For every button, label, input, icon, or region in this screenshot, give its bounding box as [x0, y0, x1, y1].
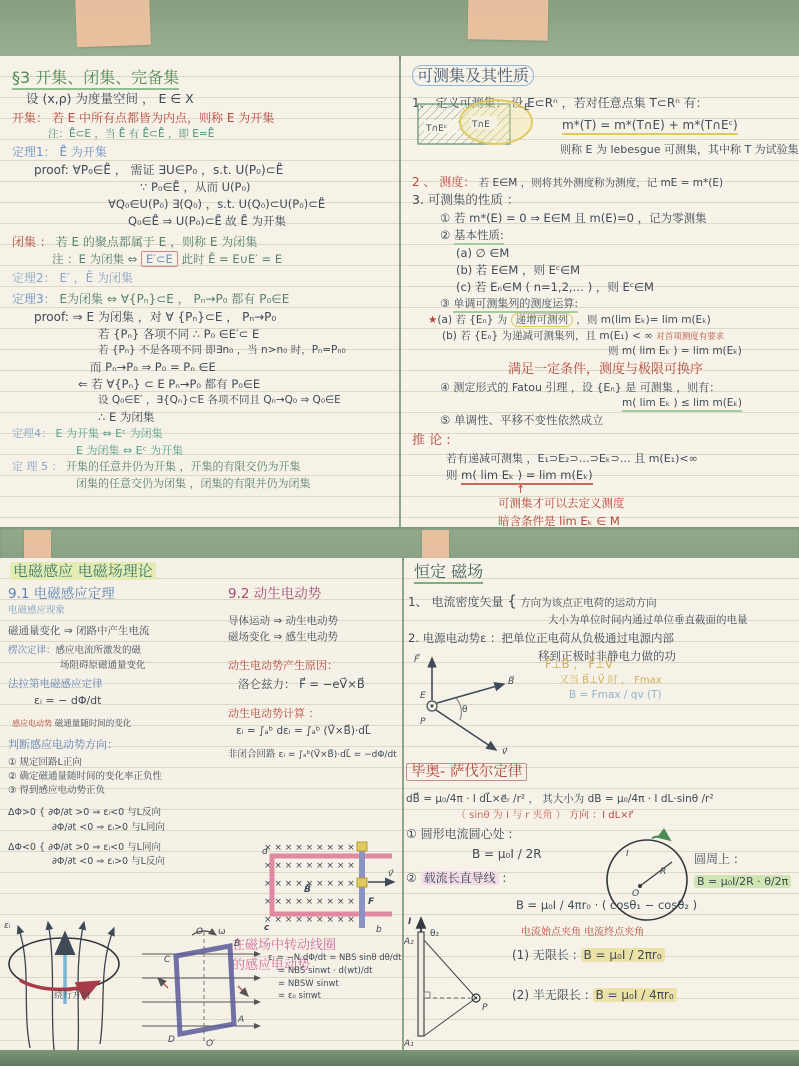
note-line: ① 规定回路L正向 [8, 756, 226, 770]
note-text: 感应电动势 [12, 719, 52, 728]
note-text: ★ [428, 314, 437, 326]
note-line: (2) 半无限长 : B = μ₀I / 4πr₀ [512, 986, 796, 1004]
note-text: E 为开集 ⇔ Eᶜ 为闭集 [52, 427, 163, 440]
note-line: 若 {Pₙ} 不是各项不同 即∃n₀ ，当 n>n₀ 时，Pₙ=Pₙ₀ [98, 343, 396, 359]
note-line: 导体运动 ⇒ 动生电动势 [228, 614, 402, 630]
note-line: 电磁感应 电磁场理论 [10, 560, 390, 583]
note-line: dB⃗ = μ₀/4π · I dL⃗×e⃗ᵣ /r² ， 其大小为 dB = … [406, 792, 796, 808]
note-text: B = μ₀I / 4πr₀ [593, 988, 677, 1002]
note-line: 可测集才可以去定义测度 [498, 495, 796, 512]
note-text: 动生电动势计算 ： [228, 707, 320, 720]
rotating-coil-diagram: ω O O′ C B A D [138, 926, 268, 1048]
em-title: 电磁感应 电磁场理论 [10, 560, 390, 583]
note-text: ΔΦ>0 { ∂Φ/∂t >0 ⇒ εᵢ<0 与L反向 [8, 807, 161, 818]
washi-tape [468, 0, 549, 41]
note-text: §3 开集、闭集、完备集 [12, 68, 179, 90]
note-line: ∀Q₀∈U(P₀) ∃(Q₀) ，s.t. U(Q₀)⊂U(P₀)⊂E̊ [108, 196, 396, 213]
note-line: ∵ P₀∈E̊ ，从而 U(P₀) [140, 179, 396, 196]
note-text: ① 若 m*(E) = 0 ⇒ E∈M 且 m(E)=0 ，记为零测集 [440, 211, 707, 225]
note-text: 电流始点夹角 [521, 927, 581, 938]
coil-emf-equations: εᵢ = −N dΦ/dt = NBS sinθ dθ/dt= NBS sinw… [268, 952, 400, 1003]
note-text: 磁通量变化 ⇒ 闭路中产生电流 [8, 625, 149, 637]
note-line: 则 m( lim Eₖ ) = lim m(Eₖ) [446, 467, 796, 484]
note-text: 方向 ：I dL×r⃗ [566, 810, 633, 821]
note-text: 可测集及其性质 [412, 65, 534, 86]
note-text: 楞次定律： [8, 645, 56, 656]
note-line: 闭集的任意交仍为闭集 ，闭集的有限并仍为闭集 [76, 476, 396, 493]
note-line: 定 理 5 ： 开集的任意并仍为开集 ，开集的有限交仍为开集 [12, 459, 396, 476]
note-text: (b) 若 E∈M ，则 Eᶜ∈M [456, 263, 580, 277]
theta-label: θ [462, 705, 468, 715]
note-text: m( lim Eₖ ) = lim m(Eₖ) [461, 468, 592, 485]
note-text: 对首项测度有要求 [656, 332, 724, 342]
note-line: proof: ∀P₀∈E̊ ， 需证 ∃U∈P₀ ，s.t. U(P₀)⊂E̊ [34, 161, 396, 179]
v-vector-label: v⃗ [502, 747, 508, 757]
note-text: 定理4： [12, 427, 52, 440]
note-line: ★(a) 若 {Eₙ} 为 递增可测列 ，则 m(lim Eₖ)= lim m(… [428, 313, 796, 329]
note-line: ⇐ 若 ∀{Pₙ} ⊂ E Pₙ→P₀ 都有 P₀∈E [78, 376, 396, 393]
note-line: 又当 B⃗⊥V⃗ 时 ， Fmax [559, 673, 795, 688]
note-text: 若 {Pₙ} 不是各项不同 即∃n₀ ，当 n>n₀ 时，Pₙ=Pₙ₀ [98, 344, 346, 356]
note-line: ∂Φ/∂t <0 ⇒ εᵢ>0 与L反向 [52, 855, 226, 869]
note-line: m*(T) = m*(T∩E) + m*(T∩Eᶜ) [562, 116, 796, 134]
b-vector-label: B⃗ [508, 675, 514, 687]
note-line: proof: ⇒ E 为闭集 ，对 ∀ {Pₙ}⊂E ， Pₙ→P₀ [34, 308, 396, 326]
note-text: 定理3： [12, 292, 56, 306]
note-text: E为闭集 ⇔ ∀{Pₙ}⊂E ， Pₙ→P₀ 都有 P₀∈E [56, 292, 290, 306]
notes-quadrant-measure-theory: 可测集及其性质1、 定义可测集： 设 E⊂Rⁿ ，若对任意点集 T⊂Rⁿ 有：m… [401, 56, 799, 527]
note-line: ② 基本性质: [440, 227, 796, 244]
coil-corner-d: D [168, 1035, 175, 1045]
note-text: ∴ E 为闭集 [98, 410, 154, 424]
center-o-label: O [632, 889, 639, 899]
note-text: B = μ₀I / 2R [472, 847, 542, 861]
note-text: 则 m( lim Eₖ ) = lim m(Eₖ) [608, 345, 742, 357]
note-text: 磁通量随时间的变化 [52, 719, 131, 729]
note-text: 则称 E 为 lebesgue 可测集，其中称 T 为试验集 [560, 143, 799, 156]
note-line: 毕奥- 萨伐尔定律 [406, 762, 796, 784]
bottom-green-band [0, 1050, 799, 1066]
note-line: Q₀∈E̊ ⇒ U(P₀)⊂E̊ 故 E̊ 为开集 [128, 213, 396, 230]
note-text: ⑤ 单调性、平移不变性依然成立 [440, 413, 603, 427]
note-line: E 为闭集 ⇔ Eᶜ 为开集 [76, 443, 396, 460]
note-text: B = μ₀I / 2πr₀ [581, 948, 665, 962]
note-line: （ sinθ 为 I 与 r 夹角 ） 方向 ：I dL×r⃗ [456, 808, 796, 823]
wire-limit-cases: (1) 无限长 : B = μ₀I / 2πr₀(2) 半无限长 : B = μ… [512, 946, 796, 1004]
note-line: 若有递减可测集 ，E₁⊃E₂⊃…⊃Eₖ⊃… 且 m(E₁)<∞ [446, 451, 796, 468]
note-text: 9.1 电磁感应定理 [8, 586, 115, 602]
note-text: : [499, 871, 507, 885]
note-text: 感应电流所激发的磁 [56, 645, 142, 656]
velocity-label: v⃗ [388, 869, 394, 879]
svg-text:× × × × × × × × ×: × × × × × × × × × [264, 897, 355, 907]
note-text: B = Fmax / qv (T) [569, 689, 662, 701]
note-line: 而 Pₙ→P₀ ⇒ P₀ = Pₙ ∈E [90, 359, 396, 376]
note-text: 闭集的任意交仍为闭集 ，闭集的有限并仍为闭集 [76, 477, 311, 490]
note-line: εᵢ = ∫ₐᵇ dεᵢ = ∫ₐᵇ (V⃗×B⃗)·dL⃗ [236, 724, 402, 740]
note-line: B = Fmax / qv (T) [569, 688, 795, 704]
note-text: (a) 若 {Eₙ} 为 [437, 314, 510, 326]
note-line: 动生电动势计算 ： [228, 706, 402, 723]
note-text: 闭集 ： [12, 235, 52, 249]
note-text: 注 ：E 为闭集 ⇔ [52, 252, 141, 266]
note-line: 磁通量变化 ⇒ 闭路中产生电流 [8, 624, 226, 640]
note-line: 3. 可测集的性质 ： [412, 191, 796, 210]
axis-top-label: O [196, 927, 203, 937]
note-line: εᵢ = − dΦ/dt [34, 693, 226, 710]
note-text: proof: ⇒ E 为闭集 ，对 ∀ {Pₙ}⊂E ， Pₙ→P₀ [34, 310, 276, 324]
note-text: 可测集才可以去定义测度 [498, 496, 625, 510]
note-line: 判断感应电动势方向： [8, 737, 226, 754]
em-right-column: 9.2 动生电动势导体运动 ⇒ 动生电动势磁场变化 ⇒ 感生电动势动生电动势产生… [228, 584, 402, 762]
note-line: 若 {Pₙ} 各项不同 ∴ P₀ ∈E′⊂ E [98, 326, 396, 343]
note-line: (b) 若 {Eₙ} 为递减可测集列，且 m(E₁) < ∞ 对首项测度有要求 [442, 329, 796, 345]
note-text: 开集的任意并仍为开集 ，开集的有限交仍为开集 [63, 460, 301, 473]
note-text: = ε₀ sinwt [278, 991, 321, 1001]
circular-current-diagram: I O R [600, 832, 694, 926]
svg-text:× × × × × × × × ×: × × × × × × × × × [264, 861, 355, 871]
note-text: m*(T) = m*(T∩E) + m*(T∩Eᶜ) [562, 118, 738, 135]
note-text: 圆周上 : [694, 852, 738, 866]
note-text: ∀Q₀∈U(P₀) ∃(Q₀) ，s.t. U(Q₀)⊂U(P₀)⊂E̊ [108, 197, 325, 211]
notes-quadrant-magnetic-field: 恒定 磁场1、 电流密度矢量 { 方向为该点正电荷的运动方向大小为单位时间内通过… [404, 558, 799, 1050]
note-text: 若 {Pₙ} 各项不同 ∴ P₀ ∈E′⊂ E [98, 327, 259, 341]
note-text: (1) 无限长 : [512, 948, 581, 962]
axis-bottom-label: O′ [206, 1039, 215, 1049]
coil-corner-c: C [164, 955, 171, 965]
note-text: m( lim Eₖ ) ≤ lim m(Eₖ) [622, 397, 742, 412]
lorentz-force-notes: F⃗⊥B⃗ ， F⃗⊥V⃗又当 B⃗⊥V⃗ 时 ， FmaxB = Fmax /… [545, 656, 795, 704]
note-text: dB⃗ = μ₀/4π · I dL⃗×e⃗ᵣ /r² ， 其大小为 dB = … [406, 793, 714, 805]
note-text: 暗含条件是 lim Eₖ ∈ M [498, 514, 620, 528]
note-text: 方向为该点正电荷的运动方向 [517, 597, 657, 609]
note-line: ④ 测定形式的 Fatou 引理 ，设 {Eₙ} 是 可测集 ，则有： [440, 380, 796, 397]
straight-wire-diagram: I A₂ θ₂ A₁ P [404, 914, 506, 1048]
note-text: E 为闭集 ⇔ Eᶜ 为开集 [76, 444, 183, 457]
note-text: εᵢ = ∫ₐᵇ(V⃗×B⃗)·dL⃗ = −dΦ/dt [279, 750, 397, 760]
note-text: 洛仑兹力： F⃗ = −eV⃗×B⃗ [238, 677, 365, 691]
note-line: §3 开集、闭集、完备集 [12, 66, 396, 90]
note-line: = NBS sinwt · d(wt)/dt [278, 965, 400, 978]
region-label-t-int-e: T∩E [471, 120, 490, 130]
lorentz-vectors-diagram: F⃗ B⃗ v⃗ P θ E [408, 646, 523, 758]
note-text: 1、 电流密度矢量 [408, 595, 507, 609]
note-text: 定理1： E̊ 为开集 [12, 145, 107, 159]
note-text: ∂Φ/∂t <0 ⇒ εᵢ>0 与L同向 [52, 822, 165, 833]
topology-notes-text: §3 开集、闭集、完备集设 (x,ρ) 为度量空间 ， E ∈ X开集： 若 E… [12, 64, 396, 492]
note-line: 场阻碍原磁通量变化 [60, 659, 226, 673]
note-text: (a) ∅ ∈M [456, 246, 509, 260]
note-text: 基本性质: [454, 228, 504, 245]
note-line: 推 论 : [412, 431, 796, 451]
note-line: (b) 若 E∈M ，则 Eᶜ∈M [456, 262, 796, 279]
current-label: I [626, 849, 629, 859]
note-line: 圆周上 : [694, 850, 796, 868]
note-line: 9.1 电磁感应定理 [8, 584, 226, 604]
note-line: εᵢ = −N dΦ/dt = NBS sinθ dθ/dt [268, 952, 400, 965]
note-line: 开集： 若 E 中所有点都皆为内点，则称 E 为开集 [12, 109, 396, 127]
note-text: ，则 m(lim Eₖ)= lim m(Eₖ) [573, 314, 711, 326]
note-line: 定理1： E̊ 为开集 [12, 143, 396, 161]
note-line: 9.2 动生电动势 [228, 584, 402, 604]
note-text: 若 E 的聚点都属于 E ，则称 E 为闭集 [52, 235, 257, 249]
note-text: ④ 测定形式的 Fatou 引理 ，设 {Eₙ} 是 可测集 ，则有： [440, 381, 720, 394]
wire-current-label: I [408, 917, 412, 927]
corner-label-b: b [376, 925, 382, 935]
note-line: 磁场变化 ⇒ 感生电动势 [228, 630, 402, 646]
note-text: 3. 可测集的性质 ： [412, 192, 519, 207]
note-text: 9.2 动生电动势 [228, 586, 321, 602]
note-line: 定理2： E′ ，Ē 为闭集 [12, 269, 396, 287]
note-line: 2. 电源电动势ε ：把单位正电荷从负极通过电源内部 [408, 630, 796, 647]
note-line: (1) 无限长 : B = μ₀I / 2πr₀ [512, 946, 796, 964]
note-text: εᵢ = − dΦ/dt [34, 694, 101, 707]
middle-green-band [0, 527, 799, 558]
circumference-field-text: 圆周上 :B = μ₀I/2R · θ/2π [694, 850, 796, 891]
note-line: 1、 电流密度矢量 { 方向为该点正电荷的运动方向 [408, 590, 796, 613]
note-line: 设 Q₀∈E′ ，∃{Qₙ}⊂E 各项不同且 Qₙ→Q₀ ⇒ Q₀∈E [98, 393, 396, 409]
note-text: 非闭合回路 [228, 749, 279, 760]
note-text: 电磁感应 电磁场理论 [10, 562, 156, 580]
note-text: 电磁感应现象 [8, 605, 65, 616]
note-text: ① 圆形电流圆心处 : [406, 827, 512, 841]
note-line: 暗含条件是 lim Eₖ ∈ M [498, 513, 796, 528]
point-p-label: P [420, 717, 426, 727]
charge-e-label: E [420, 691, 426, 701]
note-line: (a) ∅ ∈M [456, 245, 796, 262]
washi-tape [75, 0, 151, 47]
note-line: 设 (x,ρ) 为度量空间 ， E ∈ X [26, 90, 396, 109]
note-line: 可测集及其性质 [412, 64, 796, 88]
coil-corner-a: A [237, 1015, 244, 1025]
note-line: 洛仑兹力： F⃗ = −eV⃗×B⃗ [238, 676, 402, 693]
note-text: 此时 Ē = E∪E′ = E [178, 252, 282, 266]
note-line: = NBSW sinwt [278, 978, 400, 991]
note-text: 导体运动 ⇒ 动生电动势 [228, 615, 338, 627]
note-line: 非闭合回路 εᵢ = ∫ₐᵇ(V⃗×B⃗)·dL⃗ = −dΦ/dt [228, 748, 402, 763]
note-text: 场阻碍原磁通量变化 [60, 660, 146, 671]
note-text: 则 [446, 468, 461, 482]
note-text: = NBS sinwt · d(wt)/dt [278, 966, 372, 976]
measure-set-venn-diagram: T∩Eᶜ T∩E E [416, 96, 551, 148]
note-text: 电流终点夹角 [581, 927, 644, 938]
note-line: 定理3： E为闭集 ⇔ ∀{Pₙ}⊂E ， Pₙ→P₀ 都有 P₀∈E [12, 290, 396, 308]
note-text: 设 Q₀∈E′ ，∃{Qₙ}⊂E 各项不同且 Qₙ→Q₀ ⇒ Q₀∈E [98, 394, 341, 406]
note-text: 满足一定条件，测度与极限可换序 [508, 362, 703, 377]
b-field-label: B⃗ [304, 883, 311, 895]
note-line: ① 若 m*(E) = 0 ⇒ E∈M 且 m(E)=0 ，记为零测集 [440, 210, 796, 227]
note-text: ① 规定回路L正向 [8, 757, 82, 768]
flux-loop-diagram: εᵢ 绕行方向 [2, 912, 130, 1050]
note-text: (2) 半无限长 : [512, 988, 593, 1002]
omega-label: ω [218, 927, 226, 937]
note-text: εᵢ = −N dΦ/dt = NBS sinθ dθ/dt [268, 953, 401, 963]
note-text: 判断感应电动势方向： [8, 738, 118, 751]
note-line: ② 确定磁通量随时间的变化率正负性 [8, 770, 226, 784]
note-line: 动生电动势产生原因： [228, 658, 402, 675]
point-p-label: P [482, 1003, 488, 1013]
note-text: 大小为单位时间内通过单位垂直截面的电量 [548, 614, 748, 626]
note-text: 开集： 若 E 中所有点都皆为内点，则称 E 为开集 [12, 111, 274, 125]
note-text: 推 论 : [412, 433, 451, 448]
note-text: B = μ₀I/2R · θ/2π [694, 875, 791, 888]
note-text: εᵢ = ∫ₐᵇ dεᵢ = ∫ₐᵇ (V⃗×B⃗)·dL⃗ [236, 725, 371, 737]
note-text: 单调可测集列的测度运算: [453, 297, 578, 313]
notes-photo: §3 开集、闭集、完备集设 (x,ρ) 为度量空间 ， E ∈ X开集： 若 E… [0, 0, 799, 1066]
note-text: 而 Pₙ→P₀ ⇒ P₀ = Pₙ ∈E [90, 360, 216, 374]
note-text: ③ 得到感应电动势正负 [8, 785, 105, 796]
note-line: ③ 得到感应电动势正负 [8, 784, 226, 798]
notes-quadrant-topology: §3 开集、闭集、完备集设 (x,ρ) 为度量空间 ， E ∈ X开集： 若 E… [0, 56, 399, 527]
note-line: 法拉第电磁感应定律 [8, 677, 226, 693]
note-line: 感应电动势 磁通量随时间的变化 [12, 709, 226, 733]
note-text: = NBSW sinwt [278, 979, 339, 989]
note-text: 2 、 测度： [412, 175, 475, 189]
note-line: F⃗⊥B⃗ ， F⃗⊥V⃗ [545, 656, 795, 673]
endpoint-a1-label: A₁ [404, 1039, 414, 1049]
note-text: F⃗⊥B⃗ ， F⃗⊥V⃗ [545, 657, 613, 671]
note-text: 注：E̊⊂E ，当 E̊ 有 E̊⊂E̊ ，即 E=E̊ [48, 128, 214, 140]
note-text: { [507, 592, 517, 610]
note-line: 闭集 ： 若 E 的聚点都属于 E ，则称 E 为闭集 [12, 233, 396, 251]
note-text: 动生电动势产生原因： [228, 659, 338, 672]
note-line: = ε₀ sinwt [278, 990, 400, 1003]
note-text: 定理2： E′ ，Ē 为闭集 [12, 271, 133, 285]
region-label-t-int-ec: T∩Eᶜ [425, 124, 447, 134]
winding-direction-label: 绕行方向 [54, 989, 90, 1001]
note-text: E′⊂E [141, 251, 178, 267]
note-text: 定 理 5 ： [12, 460, 63, 473]
note-line: 则 m( lim Eₖ ) = lim m(Eₖ) [608, 344, 796, 360]
svg-text:× × × × × × × × ×: × × × × × × × × × [264, 843, 355, 853]
note-text: 2. 电源电动势ε ：把单位正电荷从负极通过电源内部 [408, 631, 674, 645]
note-text: ③ [440, 297, 453, 310]
corner-label-d: d [262, 847, 268, 857]
force-vector-label: F⃗ [414, 653, 420, 665]
note-line: 满足一定条件，测度与极限可换序 [508, 360, 796, 380]
force-label: F [368, 897, 375, 907]
note-line: 定理4： E 为开集 ⇔ Eᶜ 为闭集 [12, 426, 396, 443]
note-text: （ sinθ 为 I 与 r 夹角 ） [456, 810, 566, 821]
note-text: 若 E∈M ，则将其外测度称为测度，记 mE = m*(E) [475, 177, 723, 189]
note-text: ② [440, 228, 454, 242]
note-text: ΔΦ<0 { ∂Φ/∂t >0 ⇒ εᵢ<0 与L同向 [8, 842, 161, 853]
note-text: ∂Φ/∂t <0 ⇒ εᵢ>0 与L反向 [52, 856, 165, 867]
note-line: m( lim Eₖ ) ≤ lim m(Eₖ) [622, 396, 796, 412]
note-line: ∴ E 为闭集 [98, 409, 396, 426]
set-label-e: E [524, 103, 530, 113]
note-text: 又当 B⃗⊥V⃗ 时 ， Fmax [559, 675, 662, 686]
note-text: (c) 若 Eₙ∈M ( n=1,2,… ) ，则 Eᶜ∈M [456, 280, 654, 294]
note-line: 大小为单位时间内通过单位垂直截面的电量 [548, 613, 796, 629]
note-text: 法拉第电磁感应定律 [8, 678, 103, 690]
notes-quadrant-em-induction: 电磁感应 电磁场理论 9.1 电磁感应定理电磁感应现象磁通量变化 ⇒ 闭路中产生… [0, 558, 402, 1050]
note-line: 恒定 磁场 [414, 560, 796, 584]
note-text: ⇐ 若 ∀{Pₙ} ⊂ E Pₙ→P₀ 都有 P₀∈E [78, 377, 260, 391]
note-line: 楞次定律：感应电流所激发的磁 [8, 644, 226, 658]
theta2-label: θ₂ [430, 929, 440, 939]
note-text: ∵ P₀∈E̊ ，从而 U(P₀) [140, 180, 251, 194]
emf-label: εᵢ [4, 921, 11, 931]
sliding-rod-circuit-diagram: × × × × × × × × ×× × × × × × × × × × × ×… [260, 838, 400, 934]
note-text: (b) 若 {Eₙ} 为递减可测集列，且 m(E₁) < ∞ [442, 330, 656, 342]
note-line: 注：E̊⊂E ，当 E̊ 有 E̊⊂E̊ ，即 E=E̊ [48, 127, 396, 143]
note-text: proof: ∀P₀∈E̊ ， 需证 ∃U∈P₀ ，s.t. U(P₀)⊂E̊ [34, 163, 283, 177]
note-line: (c) 若 Eₙ∈M ( n=1,2,… ) ，则 Eᶜ∈M [456, 279, 796, 296]
note-line: ↑ [516, 484, 796, 495]
coil-corner-b: B [234, 939, 240, 949]
note-line: 电磁感应现象 [8, 604, 226, 618]
note-line: 注 ：E 为闭集 ⇔ E′⊂E 此时 Ē = E∪E′ = E [52, 251, 396, 268]
note-line: ⑤ 单调性、平移不变性依然成立 [440, 412, 796, 429]
note-line: ③ 单调可测集列的测度运算: [440, 296, 796, 313]
note-text: ② 确定磁通量随时间的变化率正负性 [8, 771, 162, 782]
radius-label: R [660, 867, 666, 877]
note-line: B = μ₀I/2R · θ/2π [694, 874, 796, 891]
note-text: 恒定 磁场 [414, 562, 483, 584]
note-text: 设 (x,ρ) 为度量空间 ， E ∈ X [26, 91, 194, 106]
note-text: 磁场变化 ⇒ 感生电动势 [228, 631, 338, 643]
note-text: 毕奥- 萨伐尔定律 [406, 763, 527, 781]
note-line: ∂Φ/∂t <0 ⇒ εᵢ>0 与L同向 [52, 821, 226, 835]
note-line: ΔΦ<0 { ∂Φ/∂t >0 ⇒ εᵢ<0 与L同向 [8, 841, 226, 855]
note-line: 2 、 测度： 若 E∈M ，则将其外测度称为测度，记 mE = m*(E) [412, 173, 796, 192]
note-text: ② [406, 871, 421, 885]
endpoint-a2-label: A₂ [404, 937, 414, 947]
note-text: Q₀∈E̊ ⇒ U(P₀)⊂E̊ 故 E̊ 为开集 [128, 214, 286, 228]
note-line: 则称 E 为 lebesgue 可测集，其中称 T 为试验集 [560, 142, 796, 159]
note-text: 载流长直导线 [421, 871, 499, 885]
note-line: ΔΦ>0 { ∂Φ/∂t >0 ⇒ εᵢ<0 与L反向 [8, 806, 226, 820]
em-left-column: 9.1 电磁感应定理电磁感应现象磁通量变化 ⇒ 闭路中产生电流楞次定律：感应电流… [8, 584, 226, 869]
note-text: 递增可测列 [511, 313, 574, 327]
note-text: 若有递减可测集 ，E₁⊃E₂⊃…⊃Eₖ⊃… 且 m(E₁)<∞ [446, 452, 698, 465]
